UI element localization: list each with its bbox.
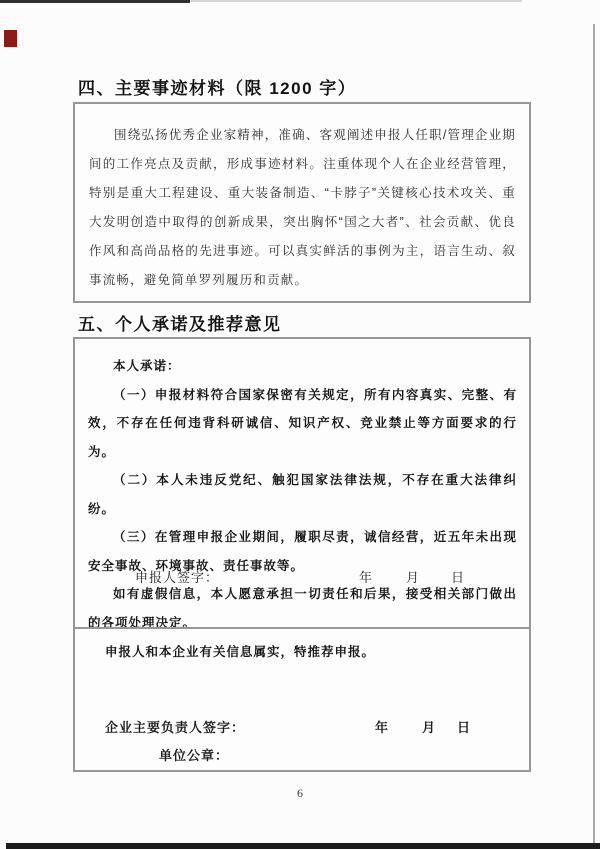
leader-date-day: 日 (457, 717, 470, 736)
section5-title: 五、个人承诺及推荐意见 (78, 310, 282, 335)
scan-top-edge-light (190, 0, 522, 2)
promise-heading: 本人承诺： (88, 352, 517, 381)
red-corner-mark (4, 30, 17, 47)
document-page: 四、主要事迹材料（限 1200 字） 围绕弘扬优秀企业家精神，准确、客观阐述申报… (0, 0, 600, 849)
scan-right-edge (593, 24, 595, 844)
applicant-date-day: 日 (451, 567, 464, 586)
section-divider (75, 627, 529, 629)
applicant-date-year: 年 (359, 567, 372, 586)
company-seal-label: 单位公章： (159, 745, 229, 764)
leader-date-month: 月 (422, 717, 435, 736)
promise-item-2: （二）本人未违反党纪、触犯国家法律法规，不存在重大法律纠纷。 (88, 466, 517, 523)
applicant-signature-label: 申报人签字： (135, 567, 219, 586)
promise-item-1: （一）申报材料符合国家保密有关规定，所有内容真实、完整、有效，不存在任何违背科研… (88, 381, 517, 467)
scan-bottom-edge (6, 843, 600, 849)
leader-signature-label: 企业主要负责人签字： (105, 717, 245, 736)
leader-date-year: 年 (375, 717, 388, 736)
section4-box: 围绕弘扬优秀企业家精神，准确、客观阐述申报人任职/管理企业期间的工作亮点及贡献，… (73, 102, 531, 303)
applicant-date-month: 月 (406, 567, 419, 586)
section4-title: 四、主要事迹材料（限 1200 字） (78, 74, 356, 99)
section4-paragraph: 围绕弘扬优秀企业家精神，准确、客观阐述申报人任职/管理企业期间的工作亮点及贡献，… (89, 121, 516, 295)
promise-block: 本人承诺： （一）申报材料符合国家保密有关规定，所有内容真实、完整、有效，不存在… (88, 352, 517, 637)
section5-box: 本人承诺： （一）申报材料符合国家保密有关规定，所有内容真实、完整、有效，不存在… (73, 337, 531, 772)
page-number: 6 (0, 786, 600, 801)
scan-top-edge-dark (0, 0, 190, 3)
recommendation-statement: 申报人和本企业有关信息属实，特推荐申报。 (105, 642, 375, 660)
